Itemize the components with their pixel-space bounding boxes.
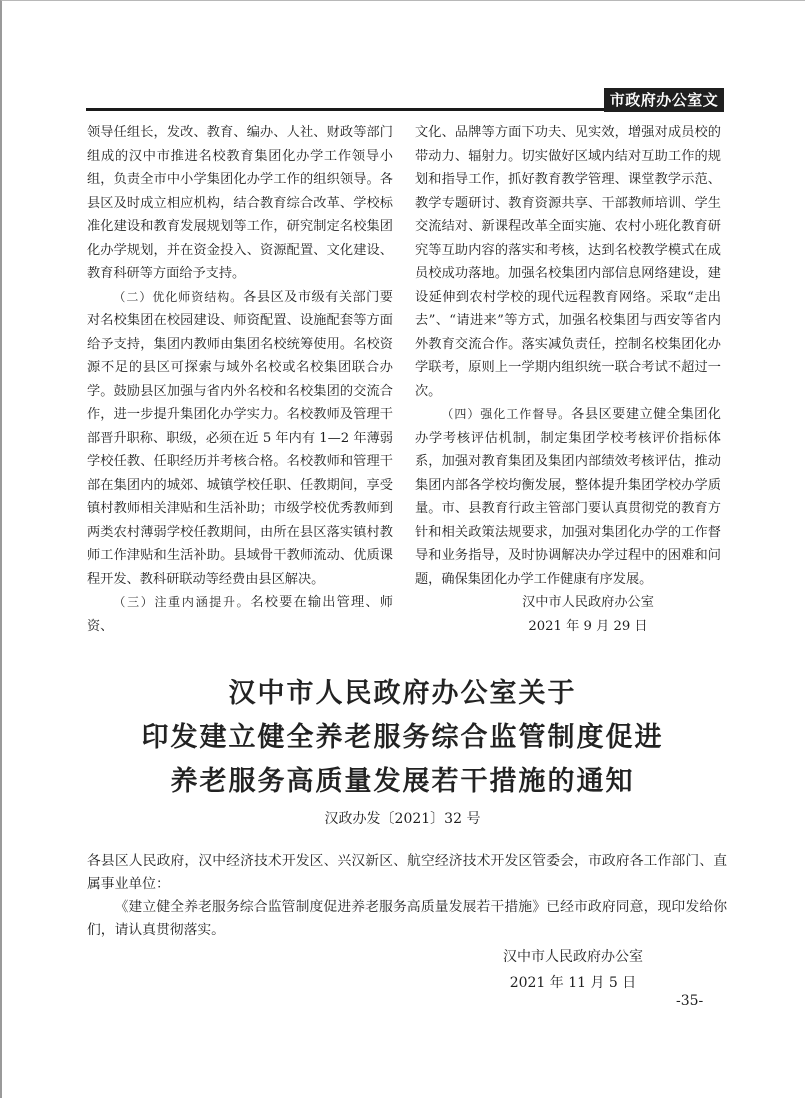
paragraph-text: 各县区要建立健全集团化办学考核评估机制，制定集团学校考核评价指标体系，加强对教育… [415, 407, 721, 587]
notice-signature: 汉中市人民政府办公室 2021 年 11 月 5 日 [488, 944, 658, 996]
signature-org: 汉中市人民政府办公室 [415, 591, 721, 615]
document-number: 汉政办发〔2021〕32 号 [0, 808, 805, 828]
title-line: 汉中市人民政府办公室关于 [0, 672, 805, 716]
notice-paragraph: 《建立健全养老服务综合监管制度促进养老服务高质量发展若干措施》已经市政府同意，现… [87, 896, 727, 942]
header-rule [86, 108, 606, 111]
recipients: 各县区人民政府，汉中经济技术开发区、兴汉新区、航空经济技术开发区管委会，市政府各… [87, 850, 727, 896]
title-line: 养老服务高质量发展若干措施的通知 [0, 760, 805, 804]
section-heading: （二）优化师资结构。 [113, 290, 243, 304]
signature-date: 2021 年 11 月 5 日 [488, 970, 658, 996]
paragraph-text: 各县区及市级有关部门要对名校集团在校园建设、师资配置、设施配套等方面给予支持，集… [87, 290, 393, 587]
title-line: 印发建立健全养老服务综合监管制度促进 [0, 716, 805, 760]
signature-org: 汉中市人民政府办公室 [488, 944, 658, 970]
article1-right-column: 文化、品牌等方面下功夫、见实效，增强对成员校的带动力、辐射力。切实做好区域内结对… [415, 121, 721, 638]
paragraph: （二）优化师资结构。各县区及市级有关部门要对名校集团在校园建设、师资配置、设施配… [87, 286, 393, 592]
paragraph: （四）强化工作督导。各县区要建立健全集团化办学考核评估机制，制定集团学校考核评价… [415, 403, 721, 591]
paragraph: 文化、品牌等方面下功夫、见实效，增强对成员校的带动力、辐射力。切实做好区域内结对… [415, 121, 721, 403]
paragraph: （三）注重内涵提升。名校要在输出管理、师资、 [87, 591, 393, 638]
notice-title: 汉中市人民政府办公室关于 印发建立健全养老服务综合监管制度促进 养老服务高质量发… [0, 672, 805, 804]
section-label: 市政府办公室文件 [604, 88, 724, 112]
paragraph-text: 文化、品牌等方面下功夫、见实效，增强对成员校的带动力、辐射力。切实做好区域内结对… [415, 125, 721, 399]
section-heading: （四）强化工作督导。 [441, 407, 571, 421]
article1-left-column: 领导任组长，发改、教育、编办、人社、财政等部门组成的汉中市推进名校教育集团化办学… [87, 121, 393, 638]
signature-date: 2021 年 9 月 29 日 [415, 615, 721, 639]
notice-body: 各县区人民政府，汉中经济技术开发区、兴汉新区、航空经济技术开发区管委会，市政府各… [87, 850, 727, 942]
paragraph-text: 领导任组长，发改、教育、编办、人社、财政等部门组成的汉中市推进名校教育集团化办学… [87, 125, 393, 281]
section-heading: （三）注重内涵提升。 [113, 595, 250, 609]
paragraph: 领导任组长，发改、教育、编办、人社、财政等部门组成的汉中市推进名校教育集团化办学… [87, 121, 393, 286]
page-number: -35- [676, 993, 703, 1009]
